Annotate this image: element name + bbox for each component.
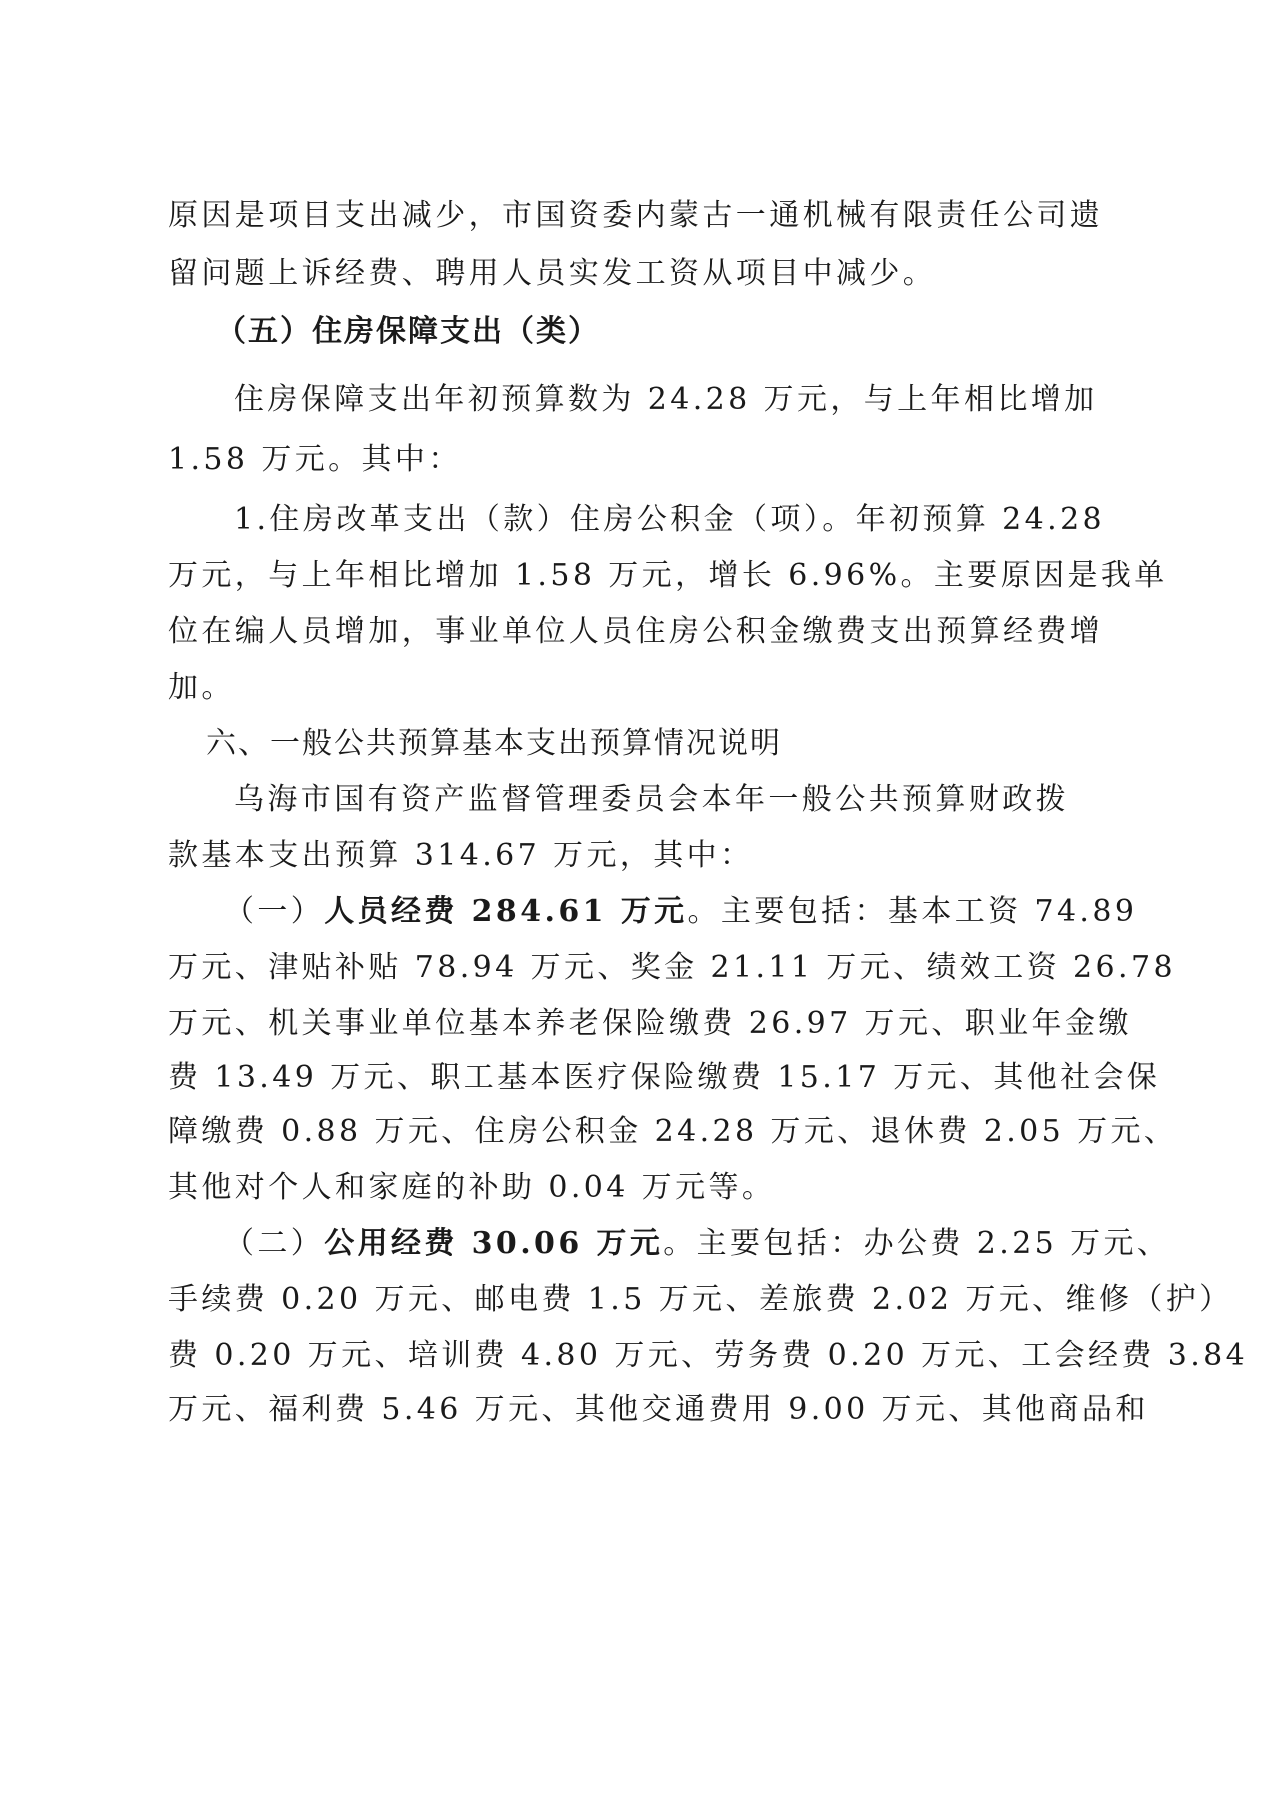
paragraph-line: 费 13.49 万元、职工基本医疗保险缴费 15.17 万元、其他社会保 xyxy=(168,1058,1160,1098)
paragraph-line: 万元，与上年相比增加 1.58 万元，增长 6.96%。主要原因是我单 xyxy=(168,556,1168,596)
paragraph-line: 障缴费 0.88 万元、住房公积金 24.28 万元、退休费 2.05 万元、 xyxy=(168,1112,1177,1152)
paragraph-line: 住房保障支出年初预算数为 24.28 万元，与上年相比增加 xyxy=(234,380,1098,420)
paragraph-line: 手续费 0.20 万元、邮电费 1.5 万元、差旅费 2.02 万元、维修（护） xyxy=(168,1280,1233,1320)
paragraph-line: 位在编人员增加，事业单位人员住房公积金缴费支出预算经费增 xyxy=(168,612,1103,652)
lead-bold-personnel: 人员经费 284.61 万元 xyxy=(324,894,687,929)
paragraph-line: 1.58 万元。其中： xyxy=(168,440,462,480)
paragraph-line: 万元、机关事业单位基本养老保险缴费 26.97 万元、职业年金缴 xyxy=(168,1004,1132,1044)
paragraph-line: 乌海市国有资产监督管理委员会本年一般公共预算财政拨 xyxy=(234,780,1069,820)
section-heading-housing: （五）住房保障支出（类） xyxy=(216,312,600,352)
lead-prefix: （二） xyxy=(224,1226,324,1261)
lead-suffix: 。主要包括：基本工资 74.89 xyxy=(688,894,1138,929)
paragraph-lead-public: （二）公用经费 30.06 万元。主要包括：办公费 2.25 万元、 xyxy=(224,1224,1170,1264)
paragraph-line: 款基本支出预算 314.67 万元，其中： xyxy=(168,836,753,876)
paragraph-line: 留问题上诉经费、聘用人员实发工资从项目中减少。 xyxy=(168,254,936,294)
paragraph-line: 原因是项目支出减少，市国资委内蒙古一通机械有限责任公司遗 xyxy=(168,196,1103,236)
paragraph-line: 1.住房改革支出（款）住房公积金（项）。年初预算 24.28 xyxy=(234,500,1105,540)
paragraph-line: 万元、福利费 5.46 万元、其他交通费用 9.00 万元、其他商品和 xyxy=(168,1390,1149,1430)
section-heading-6: 六、一般公共预算基本支出预算情况说明 xyxy=(206,724,782,764)
lead-prefix: （一） xyxy=(224,894,324,929)
paragraph-line: 其他对个人和家庭的补助 0.04 万元等。 xyxy=(168,1168,775,1208)
paragraph-line: 万元、津贴补贴 78.94 万元、奖金 21.11 万元、绩效工资 26.78 xyxy=(168,948,1176,988)
lead-bold-public: 公用经费 30.06 万元 xyxy=(324,1226,663,1261)
paragraph-line: 费 0.20 万元、培训费 4.80 万元、劳务费 0.20 万元、工会经费 3… xyxy=(168,1336,1248,1376)
lead-suffix: 。主要包括：办公费 2.25 万元、 xyxy=(663,1226,1170,1261)
paragraph-line: 加。 xyxy=(168,668,235,708)
paragraph-lead-personnel: （一）人员经费 284.61 万元。主要包括：基本工资 74.89 xyxy=(224,892,1137,932)
